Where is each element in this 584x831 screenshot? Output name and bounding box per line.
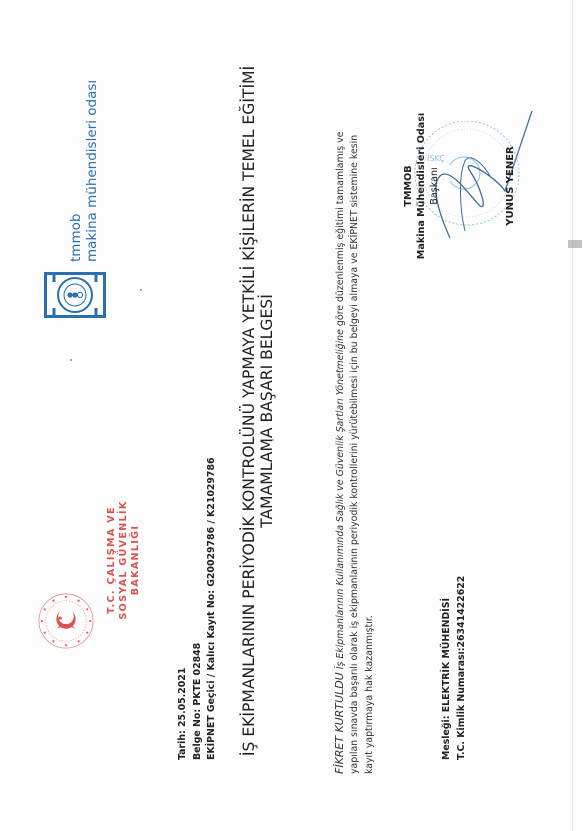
signer-org: TMMOB [402, 101, 415, 271]
body-text-3: kayıt yaptırmaya hak kazanmıştır. [363, 54, 377, 774]
certificate-title: İŞ EKİPMANLARININ PERİYODİK KONTROLÜNÜ Y… [240, 31, 276, 791]
chamber-line-2: makina mühendisleri odası [84, 80, 100, 262]
ministry-line-1: T.C. ÇALIŞMA VE [106, 475, 118, 645]
document-meta: Tarih: 25.05.2021 Belge No: PKTE 02848 E… [176, 458, 220, 761]
regulation-name: İş Ekipmanlarının Kullanımında Sağlık ve… [335, 329, 346, 669]
ministry-name: T.C. ÇALIŞMA VE SOSYAL GÜVENLİK BAKANLIĞ… [106, 475, 142, 645]
recipient-details: Mesleği: ELEKTRİK MÜHENDİSİ T.C. Kimlik … [440, 576, 469, 760]
body-text-2: yapılan sınavda başarılı olarak iş ekipm… [348, 54, 362, 774]
recipient-name: FİKRET KURTULDU [333, 672, 346, 774]
mmo-logo-icon [44, 272, 106, 318]
issue-date: Tarih: 25.05.2021 [176, 458, 191, 761]
signer-role: Başkanı [428, 101, 441, 271]
title-line-1: İŞ EKİPMANLARININ PERİYODİK KONTROLÜNÜ Y… [240, 31, 258, 791]
signer-name: YUNUS YENER [505, 101, 516, 271]
chamber-name: tmmob makina mühendisleri odası [68, 80, 100, 262]
body-text-1: göre düzenlenmiş eğitimi tamamlamış ve [335, 132, 346, 330]
national-id: T.C. Kimlik Numarası:26341422622 [455, 576, 470, 760]
ministry-line-2: SOSYAL GÜVENLİK BAKANLIĞI [118, 475, 142, 645]
ekipnet-registration: EKİPNET Geçici / Kalıcı Kayıt No: G20029… [205, 458, 220, 761]
title-line-2: TAMAMLAMA BAŞARI BELGESİ [258, 31, 276, 791]
chamber-line-1: tmmob [68, 80, 84, 262]
signer-chamber: Makina Mühendisleri Odası [415, 101, 428, 271]
scan-edge [572, 0, 573, 831]
ministry-crescent-emblem-icon [37, 592, 95, 650]
certificate-body: FİKRET KURTULDU İş Ekipmanlarının Kullan… [333, 54, 377, 774]
document-number: Belge No: PKTE 02848 [191, 458, 206, 761]
certificate-page: T.C. ÇALIŞMA VE SOSYAL GÜVENLİK BAKANLIĞ… [0, 0, 584, 831]
signer-block: TMMOB Makina Mühendisleri Odası Başkanı [402, 101, 441, 271]
profession: Mesleği: ELEKTRİK MÜHENDİSİ [440, 576, 455, 760]
scan-mark [568, 240, 582, 248]
